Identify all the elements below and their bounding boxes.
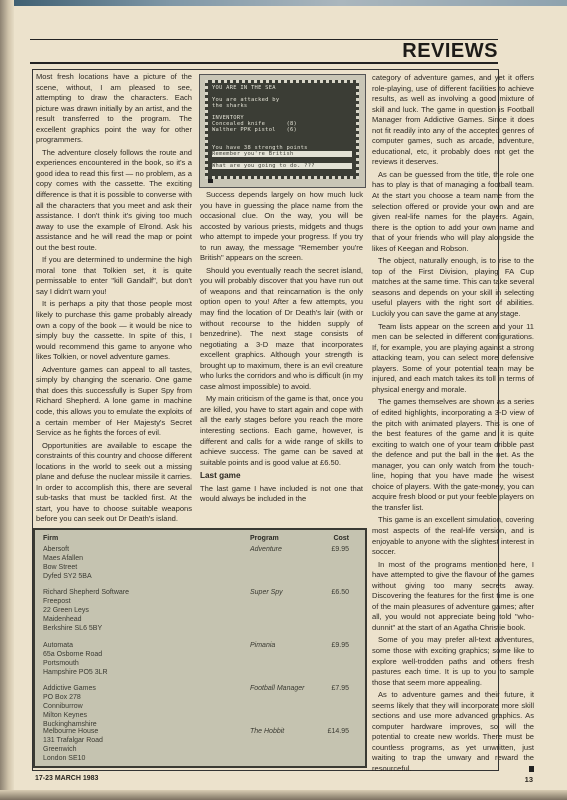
address-line: Automata [43, 641, 357, 650]
paragraph: Most fresh locations have a picture of t… [36, 72, 192, 146]
paragraph: Opportunities are available to escape th… [36, 441, 192, 525]
paragraph: Some of you may prefer all-text adventur… [372, 635, 534, 688]
paragraph: The adventure closely follows the route … [36, 148, 192, 253]
firm-address: Automata65a Osborne RoadPortsmouthHampsh… [43, 641, 357, 677]
table-row: Addictive GamesPO Box 278ConniburrowMilt… [43, 684, 357, 729]
program-name: Super Spy [250, 588, 283, 597]
paragraph: In most of the programs mentioned here, … [372, 560, 534, 634]
game-screen-display: YOU ARE IN THE SEA You are attacked byth… [205, 80, 359, 179]
paragraph: As can be guessed from the title, the ro… [372, 170, 534, 254]
header-program: Program [250, 534, 279, 543]
table-row: AbersoftMaes AfallenBow StreetDyfed SY2 … [43, 545, 357, 581]
program-cost: £9.95 [331, 641, 349, 650]
section-title: REVIEWS [402, 40, 498, 63]
program-cost: £14.95 [328, 727, 349, 736]
header-rule-bottom [30, 62, 498, 64]
address-line: 131 Trafalgar Road [43, 736, 357, 745]
paragraph: My main criticism of the game is that, o… [200, 394, 363, 468]
article-column-2: Success depends largely on how much luck… [200, 190, 363, 507]
program-cost: £9.95 [331, 545, 349, 554]
article-column-1: Most fresh locations have a picture of t… [36, 72, 192, 527]
paragraph: It is perhaps a pity that those people m… [36, 299, 192, 362]
address-line: Abersoft [43, 545, 357, 554]
firm-address: Addictive GamesPO Box 278ConniburrowMilt… [43, 684, 357, 729]
article-column-3: category of adventure games, and yet it … [372, 73, 534, 777]
address-line: 22 Green Leys [43, 606, 357, 615]
table-row: Richard Shepherd SoftwareFreepost22 Gree… [43, 588, 357, 633]
address-line: Addictive Games [43, 684, 357, 693]
table-row: Melbourne House131 Trafalgar RoadGreenwi… [43, 727, 357, 763]
address-line: Freepost [43, 597, 357, 606]
game-screenshot: YOU ARE IN THE SEA You are attacked byth… [199, 74, 366, 188]
address-line: Maidenhead [43, 615, 357, 624]
address-line: Bow Street [43, 563, 357, 572]
address-line: Greenwich [43, 745, 357, 754]
paragraph-final: As to adventure games and their future, … [372, 690, 534, 774]
subheading: Last game [200, 471, 363, 482]
paragraph: Success depends largely on how much luck… [200, 190, 363, 264]
screen-text-line: What are you going to do. ??? [212, 163, 352, 169]
paragraph: The last game I have included is not one… [200, 484, 363, 505]
address-line: Milton Keynes [43, 711, 357, 720]
issue-date: 17-23 MARCH 1983 [35, 775, 98, 782]
paragraph: Should you eventually reach the secret i… [200, 266, 363, 393]
program-cost: £7.95 [331, 684, 349, 693]
address-line: Melbourne House [43, 727, 357, 736]
paragraph: The games themselves are shown as a seri… [372, 397, 534, 513]
page-bottom-edge [0, 790, 567, 800]
address-line: Dyfed SY2 5BA [43, 572, 357, 581]
address-line: Conniburrow [43, 702, 357, 711]
program-name: Football Manager [250, 684, 304, 693]
address-line: PO Box 278 [43, 693, 357, 702]
paragraph: If you are determined to undermine the h… [36, 255, 192, 297]
address-line: Hampshire PO5 3LR [43, 668, 357, 677]
address-line: London SE10 [43, 754, 357, 763]
paragraph: Adventure games can appeal to all tastes… [36, 365, 192, 439]
address-line: Richard Shepherd Software [43, 588, 357, 597]
address-line: Maes Afallen [43, 554, 357, 563]
program-name: Pimania [250, 641, 275, 650]
supplier-table: Firm Program Cost AbersoftMaes AfallenBo… [33, 528, 367, 768]
header-cost: Cost [333, 534, 349, 543]
firm-address: Melbourne House131 Trafalgar RoadGreenwi… [43, 727, 357, 763]
address-line: Berkshire SL6 5BY [43, 624, 357, 633]
screenshot-marker-icon [208, 179, 213, 183]
firm-address: AbersoftMaes AfallenBow StreetDyfed SY2 … [43, 545, 357, 581]
paragraph: The object, naturally enough, is to rise… [372, 256, 534, 319]
page-spine-shadow [0, 0, 14, 800]
program-cost: £6.50 [331, 588, 349, 597]
address-line: Portsmouth [43, 659, 357, 668]
header-firm: Firm [43, 534, 58, 543]
page-top-edge [0, 0, 567, 6]
paragraph-text: As to adventure games and their future, … [372, 690, 534, 773]
program-name: Adventure [250, 545, 282, 554]
address-line: 65a Osborne Road [43, 650, 357, 659]
paragraph: Team lists appear on the screen and your… [372, 322, 534, 396]
program-name: The Hobbit [250, 727, 284, 736]
paragraph: category of adventure games, and yet it … [372, 73, 534, 168]
paragraph: This game is an excellent simulation, co… [372, 515, 534, 557]
firm-address: Richard Shepherd SoftwareFreepost22 Gree… [43, 588, 357, 633]
table-row: Automata65a Osborne RoadPortsmouthHampsh… [43, 641, 357, 677]
end-of-article-icon [529, 766, 534, 772]
page-number: 13 [525, 775, 533, 784]
